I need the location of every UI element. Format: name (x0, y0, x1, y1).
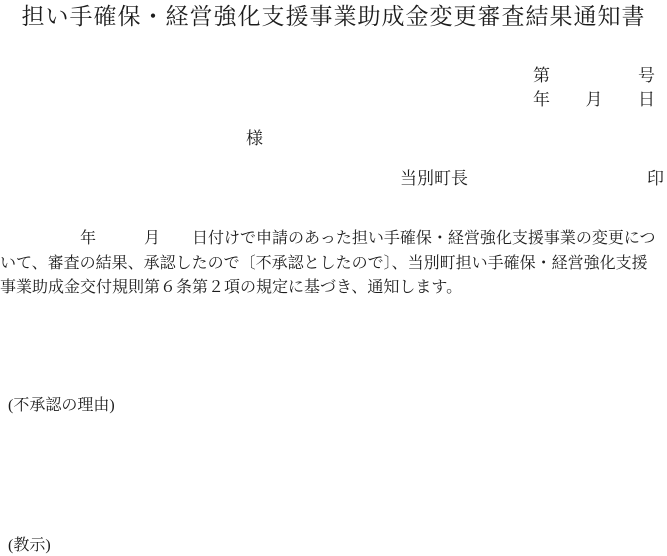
addressee-honorific: 様 (246, 130, 263, 147)
doc-number-suffix: 号 (638, 67, 655, 84)
document-page: 担い手確保・経営強化支援事業助成金変更審査結果通知書 第 号 年 月 日 様 当… (0, 0, 667, 556)
disapproval-reason-label: (不承認の理由) (8, 398, 115, 414)
body-paragraph: 年 月 日付けで申請のあった担い手確保・経営強化支援事業の変更につ いて、審査の… (0, 227, 667, 301)
doc-number-prefix: 第 (533, 67, 550, 84)
seal-mark: 印 (647, 170, 664, 187)
body-line: 年 月 日付けで申請のあった担い手確保・経営強化支援事業の変更につ (0, 227, 667, 252)
date-line: 年 月 日 (533, 91, 655, 108)
body-line: 事業助成金交付規則第６条第２項の規定に基づき、通知します。 (0, 276, 667, 301)
sender-line: 当別町長 印 (400, 170, 664, 187)
date-year-label: 年 (533, 91, 550, 108)
doc-number-line: 第 号 (533, 67, 655, 84)
date-day-label: 日 (638, 91, 655, 108)
sender-name: 当別町長 (400, 170, 468, 187)
date-month-label: 月 (586, 91, 603, 108)
body-line: いて、審査の結果、承認したので〔不承認としたので〕、当別町担い手確保・経営強化支… (0, 252, 667, 277)
document-title: 担い手確保・経営強化支援事業助成金変更審査結果通知書 (0, 1, 667, 33)
instruction-label: (教示) (8, 538, 51, 554)
